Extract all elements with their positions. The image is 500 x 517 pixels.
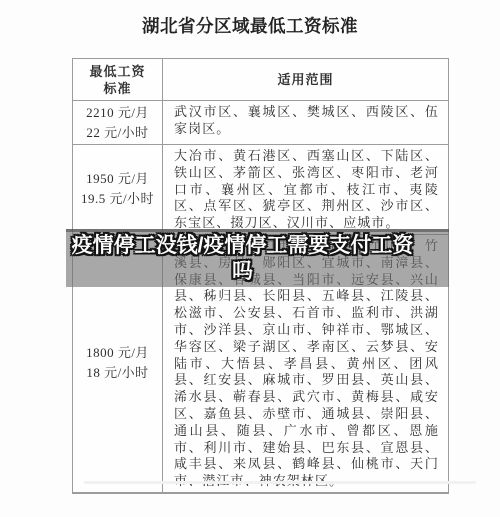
page-title: 湖北省分区域最低工资标准 (0, 13, 500, 38)
monthly-wage: 1950 元/月 (73, 169, 162, 189)
monthly-wage: 1800 元/月 (73, 343, 162, 363)
table-row: 1950 元/月 19.5 元/小时 大冶市、黄石港区、西塞山区、下陆区、铁山区… (73, 145, 449, 235)
page: 湖北省分区域最低工资标准 最低工资 标准 适用范围 2210 元/月 22 元/… (0, 0, 500, 517)
monthly-wage: 2210 元/月 (73, 103, 162, 123)
watermark-text: 疫情停工没钱/疫情停工需要支付工资吗 (70, 233, 415, 285)
page-bottom-divider (84, 481, 476, 484)
wage-standard-cell: 2210 元/月 22 元/小时 (73, 101, 163, 145)
col-header-standard: 最低工资 标准 (73, 59, 163, 101)
table-row: 2210 元/月 22 元/小时 武汉市区、襄城区、樊城区、西陵区、伍家岗区。 (73, 101, 449, 145)
hourly-wage: 19.5 元/小时 (73, 189, 162, 209)
regions-cell: 大冶市、黄石港区、西塞山区、下陆区、铁山区、茅箭区、张湾区、枣阳市、老河口市、襄… (163, 145, 449, 235)
hourly-wage: 18 元/小时 (73, 363, 162, 383)
table-header-row: 最低工资 标准 适用范围 (73, 59, 449, 101)
col-header-standard-line2: 标准 (103, 81, 131, 96)
hourly-wage: 22 元/小时 (73, 123, 162, 143)
regions-cell: 武汉市区、襄城区、樊城区、西陵区、伍家岗区。 (163, 101, 449, 145)
col-header-scope: 适用范围 (163, 59, 449, 101)
col-header-standard-line1: 最低工资 (89, 64, 145, 79)
wage-standard-cell: 1950 元/月 19.5 元/小时 (73, 145, 163, 235)
